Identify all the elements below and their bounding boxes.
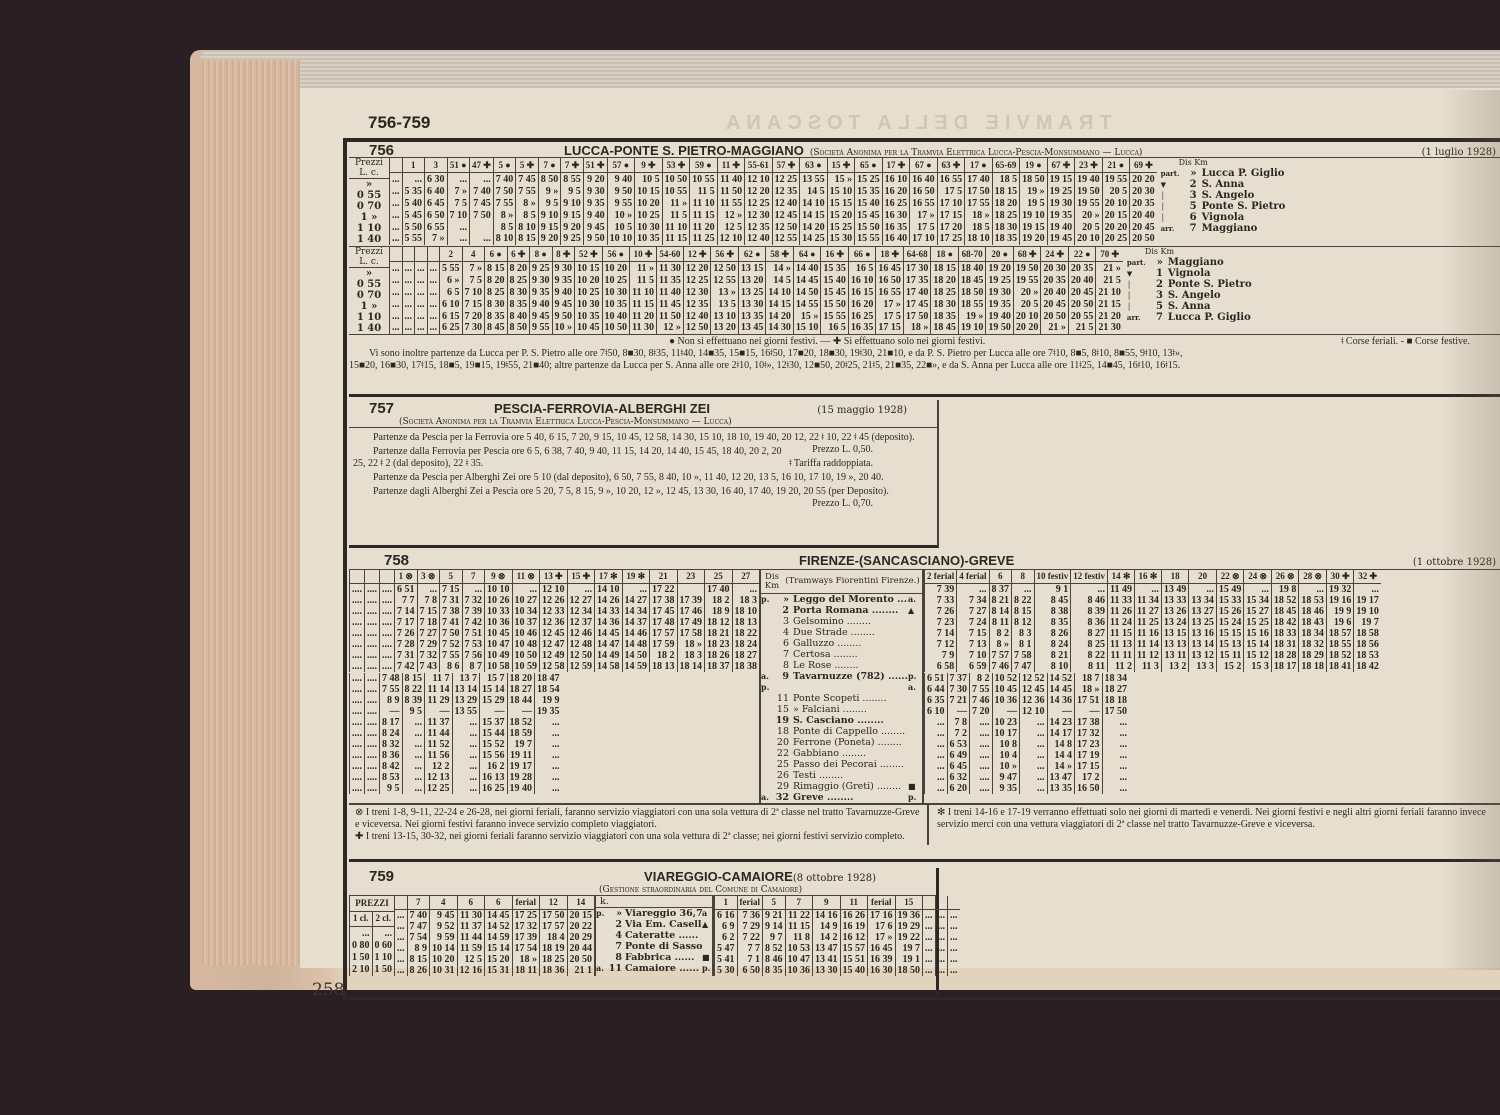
time-cell: 20 5: [1102, 185, 1130, 197]
direction-mark-right: [908, 693, 922, 704]
train-number: 3 ⊗: [417, 570, 440, 584]
note-trains-14-16: ✻ I treni 14-16 e 17-19 verranno effettu…: [929, 805, 1500, 845]
time-cell: 17 10: [910, 233, 938, 245]
time-cell: 8 35: [485, 310, 508, 322]
station-km: 9: [773, 671, 789, 693]
table-row: 6 357 217 4610 3612 3614 3617 5118 18: [925, 695, 1130, 706]
section-759: 759 VIAREGGIO-CAMAIORE (8 ottobre 1928) …: [349, 868, 1500, 1000]
time-cell: 12 40: [745, 233, 773, 245]
table-row: 6 167 369 2111 2214 1616 2617 1619 36...…: [715, 910, 960, 922]
train-number: 15 ✚: [827, 158, 855, 173]
table-row: 6 447 307 5510 4512 4514 4518 »18 27: [925, 684, 1130, 695]
table-row: 7 267 278 148 158 388 3911 2611 2713 261…: [925, 606, 1381, 617]
time-cell: 18 30: [931, 298, 959, 310]
time-cell: 8 9: [407, 943, 430, 954]
time-cell: 16 10: [848, 274, 876, 286]
time-cell: 18 33: [1271, 628, 1299, 639]
time-cell: 7 7: [395, 595, 418, 606]
time-cell: 14 45: [793, 274, 821, 286]
train-number: 17 ●: [965, 158, 993, 173]
station-name: Rimaggio (Greti) ........: [793, 781, 908, 792]
direction-mark-right: [908, 748, 922, 759]
time-cell: 7 8: [417, 595, 440, 606]
train-number: 21 ●: [1102, 158, 1130, 173]
time-cell: 8 »: [516, 197, 539, 209]
time-cell: 14 45: [595, 628, 623, 639]
time-cell: 18 5: [992, 173, 1020, 186]
time-cell: 17 2: [1075, 772, 1103, 783]
time-cell: 18 »: [512, 954, 540, 965]
time-cell: 15 27: [1244, 606, 1272, 617]
direction-mark: [761, 704, 773, 715]
time-cell: 8 35: [507, 298, 530, 310]
time-cell: 18 18: [1102, 695, 1129, 706]
station-row: 4Due Strade ........: [761, 627, 922, 638]
time-cell: 10 20: [575, 274, 603, 286]
direction-mark-right: [908, 726, 922, 737]
time-cell: 19 30: [986, 286, 1014, 298]
time-cell: 13 55: [800, 173, 828, 186]
station-km: 29: [773, 781, 789, 792]
time-cell: 17 30: [903, 262, 931, 275]
time-cell: ....: [350, 650, 365, 661]
time-cell: 8 35: [763, 965, 786, 976]
station-row: 15» Falciani ........: [761, 704, 922, 715]
train-number: 15 ✚: [567, 570, 595, 584]
time-cell: ....: [365, 661, 380, 672]
time-cell: ...: [948, 965, 960, 976]
price-header: Prezzi: [349, 247, 389, 257]
time-cell: 18 22: [732, 628, 759, 639]
time-cell: 17 57: [650, 628, 678, 639]
time-cell: 7 »: [462, 262, 485, 275]
time-cell: ....: [380, 661, 395, 672]
time-cell: 18 27: [507, 684, 535, 695]
train-number: 15: [895, 896, 923, 910]
time-cell: 11 50: [656, 310, 683, 322]
train-number: 52 ✚: [575, 247, 603, 262]
time-cell: 11 3: [1134, 661, 1161, 672]
time-cell: ...: [1299, 584, 1327, 596]
time-cell: ...: [1102, 750, 1129, 761]
time-cell: 8 17: [380, 717, 403, 728]
time-cell: 7 26: [925, 606, 957, 617]
time-cell: ...: [948, 921, 960, 932]
section-title: PESCIA-FERROVIA-ALBERGHI ZEI: [494, 401, 710, 416]
time-cell: 19 9: [1326, 606, 1354, 617]
time-cell: ...: [512, 584, 540, 596]
station-row: 8Le Rose ........: [761, 660, 922, 671]
time-cell: 15 7: [480, 673, 508, 684]
time-cell: 8 10: [493, 233, 516, 245]
time-cell: 7 26: [395, 628, 418, 639]
time-cell: 10 36: [785, 965, 813, 976]
time-cell: 19 35: [1047, 209, 1075, 221]
time-cell: ...: [935, 921, 948, 932]
train-number: 7 ✚: [561, 158, 584, 173]
time-cell: 11 52: [425, 739, 453, 750]
time-cell: 10 36: [992, 695, 1020, 706]
time-cell: 9 5: [380, 783, 403, 794]
time-cell: 13 15: [738, 262, 766, 275]
time-cell: 7 14: [395, 606, 418, 617]
direction-mark: [596, 919, 608, 930]
train-number: 6 ✚: [507, 247, 530, 262]
time-cell: 18 46: [1299, 606, 1327, 617]
time-cell: 11 »: [630, 262, 657, 275]
time-cell: 12 48: [567, 639, 595, 650]
time-cell: 11 16: [1134, 628, 1161, 639]
time-cell: 11 30: [457, 910, 485, 922]
time-cell: 18 53: [1354, 650, 1381, 661]
time-cell: 20 20: [1013, 322, 1041, 334]
time-cell: 7 »: [447, 185, 470, 197]
departure-paragraph: Partenze dagli Alberghi Zei a Pescia ore…: [353, 486, 933, 498]
time-cell: 19 55: [1075, 197, 1103, 209]
time-cell: ...: [402, 728, 425, 739]
time-cell: 14 59: [485, 932, 513, 943]
time-cell: 7 51: [462, 628, 485, 639]
time-cell: 13 11: [1161, 650, 1189, 661]
station-km: 3: [1183, 190, 1197, 201]
time-cell: 19 36: [895, 910, 923, 922]
table-row: ...5 406 457 57 457 558 »9 59 109 359 55…: [390, 197, 1157, 209]
time-cell: 9 20: [538, 233, 561, 245]
station-name: Leggo del Morento ........: [793, 594, 908, 605]
time-cell: 8 20: [507, 262, 530, 275]
train-number: 14 ✻: [1108, 570, 1135, 584]
time-cell: 20 22: [567, 921, 594, 932]
time-cell: 17 5: [937, 185, 965, 197]
direction-mark-right: [702, 930, 712, 941]
price-row: 1 501 10: [350, 952, 395, 964]
time-cell: ....: [365, 684, 380, 695]
timetable-756-up: 246 ●6 ✚8 ●8 ✚52 ✚56 ●10 ✚54-6012 ✚56 ✚6…: [389, 247, 1123, 334]
time-cell: 13 29: [452, 695, 480, 706]
direction-mark-right: ■: [908, 781, 922, 792]
time-cell: 18 4: [540, 932, 568, 943]
time-cell: 18 55: [958, 298, 986, 310]
time-cell: 9 50: [552, 310, 575, 322]
train-number: 67 ●: [910, 158, 938, 173]
direction-mark-right: a.: [908, 594, 922, 605]
time-cell: 11 29: [425, 695, 453, 706]
time-cell: 17 46: [677, 606, 705, 617]
time-cell: ....: [365, 584, 380, 596]
time-cell: 11 25: [1134, 617, 1161, 628]
table-row: ...6 20....9 35...13 3516 50...: [925, 783, 1130, 794]
header-row: 1351 ●47 ✚5 ●5 ✚7 ●7 ✚51 ✚57 ●9 ✚53 ✚59 …: [390, 158, 1157, 173]
station-row: 22Gabbiano ........: [761, 748, 922, 759]
time-cell: 13 49: [1161, 584, 1189, 596]
time-cell: 10 50: [512, 650, 540, 661]
time-cell: 19 28: [507, 772, 535, 783]
time-cell: 15 15: [1216, 628, 1244, 639]
time-cell: 7 13: [957, 639, 989, 650]
train-number: 10 ✚: [630, 247, 657, 262]
time-cell: 10 25: [635, 209, 663, 221]
time-cell: 14 49: [595, 650, 623, 661]
train-number: 11 ✚: [717, 158, 745, 173]
direction-mark-right: [908, 715, 922, 726]
direction-mark-right: a: [702, 908, 712, 919]
time-cell: 8 40: [507, 310, 530, 322]
price-row: ......: [350, 927, 395, 940]
time-cell: ...: [535, 739, 562, 750]
time-cell: ....: [365, 783, 380, 794]
table-row: 5 477 78 5210 5313 4715 5716 4519 7.....…: [715, 943, 960, 954]
time-cell: 17 5: [876, 310, 904, 322]
time-cell: 8 11: [1071, 661, 1108, 672]
time-cell: ...: [1012, 584, 1035, 596]
time-cell: ....: [350, 673, 365, 684]
direction-mark-right: [908, 627, 922, 638]
time-cell: 17 50: [540, 910, 568, 922]
time-cell: 11 13: [1108, 639, 1135, 650]
time-cell: ....: [350, 661, 365, 672]
time-cell: ...: [567, 584, 595, 596]
station-km: 5: [1149, 301, 1163, 312]
train-number: 9: [813, 896, 841, 910]
time-cell: 15 20: [827, 209, 855, 221]
station-row: 19S. Casciano ........: [761, 715, 922, 726]
time-cell: 19 »: [958, 310, 986, 322]
price-cell: ...: [372, 927, 394, 940]
time-cell: 7 50: [470, 209, 494, 221]
time-cell: 11 44: [457, 932, 485, 943]
time-cell: 20 45: [1068, 286, 1096, 298]
time-cell: 18 »: [903, 322, 931, 334]
time-cell: 18 53: [1299, 595, 1327, 606]
timetable-759-down: 7466ferial1214...7 409 4511 3014 4517 25…: [394, 896, 594, 976]
time-cell: 18 44: [507, 695, 535, 706]
time-cell: 18 47: [535, 673, 562, 684]
station-km: 6: [773, 638, 789, 649]
table-row: 6 517 378 210 5212 5214 5218 718 34: [925, 673, 1130, 684]
km-header: DisKm: [761, 573, 783, 591]
time-cell: 8 24: [380, 728, 403, 739]
time-cell: ....: [365, 639, 380, 650]
train-number: 66 ●: [848, 247, 876, 262]
timetable-758-up-south: 6 517 378 210 5212 5214 5218 718 346 447…: [924, 673, 1129, 794]
time-cell: ....: [350, 706, 365, 717]
train-number: 57 ✚: [772, 158, 800, 173]
time-cell: 14 9: [813, 921, 841, 932]
time-cell: ...: [390, 197, 403, 209]
time-cell: 19 20: [986, 262, 1014, 275]
time-cell: 15 25: [1244, 617, 1272, 628]
time-cell: 17 32: [512, 921, 540, 932]
time-cell: ...: [923, 943, 936, 954]
direction-label: arr.: [1161, 223, 1183, 234]
train-number: 5 ✚: [516, 158, 539, 173]
time-cell: 5 55: [402, 233, 425, 245]
time-cell: 14 40: [793, 262, 821, 275]
time-cell: 17 58: [677, 628, 705, 639]
time-cell: 12 »: [656, 322, 683, 334]
time-cell: 9 52: [430, 921, 458, 932]
time-cell: ...: [390, 298, 403, 310]
direction-mark-right: [908, 737, 922, 748]
time-cell: 18 20: [992, 197, 1020, 209]
time-cell: 18 20: [507, 673, 535, 684]
price-cell: 1 50: [372, 964, 394, 976]
train-number: 57 ●: [607, 158, 635, 173]
time-cell: 9 15: [538, 221, 561, 233]
time-cell: 20 45: [1041, 298, 1069, 310]
time-cell: 9 45: [430, 910, 458, 922]
table-row: ............7 427 438 68 710 5810 5912 5…: [350, 661, 760, 672]
time-cell: 7 52: [440, 639, 463, 650]
time-cell: 14 33: [595, 606, 623, 617]
time-cell: ...: [925, 761, 948, 772]
km-header: k.: [596, 896, 712, 908]
time-cell: 20 20: [1130, 173, 1157, 186]
time-cell: 15 44: [480, 728, 508, 739]
time-cell: ....: [350, 595, 365, 606]
station-row: arr.7Maggiano: [1161, 223, 1312, 234]
time-cell: 17 25: [937, 233, 965, 245]
train-number: 25: [705, 570, 733, 584]
time-cell: ...: [1102, 772, 1129, 783]
train-number: 47 ✚: [470, 158, 494, 173]
time-cell: 7 37: [947, 673, 970, 684]
time-cell: 19 15: [1047, 173, 1075, 186]
price-header-unit: L. c.: [349, 257, 389, 268]
time-cell: 7 50: [440, 628, 463, 639]
time-cell: 10 30: [602, 286, 630, 298]
time-cell: 18 10: [965, 233, 993, 245]
time-cell: 12 13: [425, 772, 453, 783]
time-cell: 19 »: [1020, 185, 1048, 197]
time-cell: 15 50: [821, 298, 849, 310]
time-cell: 12 35: [683, 298, 711, 310]
time-cell: 10 47: [485, 639, 513, 650]
price-row: 0 800 60: [350, 939, 395, 951]
time-cell: ....: [380, 606, 395, 617]
time-cell: ....: [350, 772, 365, 783]
time-cell: 16 25: [882, 197, 910, 209]
time-cell: 11 55: [717, 197, 745, 209]
time-cell: ....: [350, 639, 365, 650]
time-cell: 19 16: [1326, 595, 1354, 606]
station-km: 15: [773, 704, 789, 715]
price-note: ǂ Tariffa raddoppiata.: [769, 458, 873, 470]
time-cell: 12 37: [567, 617, 595, 628]
time-cell: 8 25: [1071, 639, 1108, 650]
time-cell: 13 45: [738, 322, 766, 334]
time-cell: 19 50: [986, 322, 1014, 334]
time-cell: 8 25: [485, 286, 508, 298]
time-cell: 8 2: [989, 628, 1012, 639]
time-cell: ...: [1102, 739, 1129, 750]
time-cell: 16 39: [868, 954, 896, 965]
note-trains-1-8: ⊗ I treni 1-8, 9-11, 22-24 e 26-28, nei …: [355, 807, 921, 831]
time-cell: 15 56: [480, 750, 508, 761]
time-cell: 16 20: [882, 185, 910, 197]
time-cell: 7 27: [417, 628, 440, 639]
table-row: ............6 107 158 308 359 409 4510 3…: [390, 298, 1123, 310]
time-cell: 10 14: [430, 943, 458, 954]
time-cell: 15 24: [1216, 617, 1244, 628]
time-cell: 17 48: [650, 617, 678, 628]
table-row: ........8 53...12 13...16 1319 28...: [350, 772, 562, 783]
time-cell: ...: [935, 965, 948, 976]
time-cell: 20 50: [567, 954, 594, 965]
time-cell: 11 »: [662, 197, 690, 209]
train-number: 55-61: [745, 158, 773, 173]
price-header: Prezzi: [349, 158, 389, 168]
time-cell: 6 35: [925, 695, 948, 706]
time-cell: 17 50: [1102, 706, 1129, 717]
station-km: 7: [1149, 312, 1163, 323]
time-cell: 10 20: [430, 954, 458, 965]
time-cell: 19 50: [1075, 185, 1103, 197]
direction-mark: p.: [761, 594, 773, 605]
time-cell: 9 20: [583, 173, 607, 186]
time-cell: 20 10: [1075, 233, 1103, 245]
time-cell: 10 5: [607, 221, 635, 233]
time-cell: 8 15: [402, 673, 425, 684]
running-head: 756-759: [368, 113, 430, 133]
time-cell: 6 20: [947, 783, 970, 794]
time-cell: ...: [415, 298, 428, 310]
time-cell: 17 50: [965, 185, 993, 197]
time-cell: 12 25: [745, 197, 773, 209]
time-cell: 15 40: [840, 965, 868, 976]
time-cell: 7 15: [417, 606, 440, 617]
time-cell: 13 41: [813, 954, 841, 965]
train-number: 6: [457, 896, 485, 910]
table-row: 7 97 107 577 588 218 2211 1111 1213 1113…: [925, 650, 1381, 661]
time-cell: 7 41: [440, 617, 463, 628]
time-cell: 17 39: [512, 932, 540, 943]
time-cell: 7 40: [493, 173, 516, 186]
time-cell: 12 50: [567, 650, 595, 661]
time-cell: 6 55: [425, 221, 448, 233]
time-cell: 10 40: [602, 310, 630, 322]
time-cell: 7 45: [516, 173, 539, 186]
time-cell: ....: [350, 606, 365, 617]
train-number: 65 ●: [855, 158, 883, 173]
time-cell: 15 14: [1244, 639, 1272, 650]
price-cell: 2 10: [350, 964, 373, 976]
station-name: S. Anna: [1202, 179, 1245, 190]
time-cell: ...: [1020, 761, 1048, 772]
train-number: 12: [540, 896, 568, 910]
time-cell: 9 55: [607, 197, 635, 209]
time-cell: 15 15: [827, 197, 855, 209]
time-cell: ...: [452, 783, 480, 794]
time-cell: 17 45: [650, 606, 678, 617]
table-row: ........8 17...11 37...15 3718 52...: [350, 717, 562, 728]
time-cell: 15 35: [855, 185, 883, 197]
time-cell: 16 50: [876, 274, 904, 286]
time-cell: ...: [935, 910, 948, 922]
time-cell: 19 11: [507, 750, 535, 761]
time-cell: 8 1: [1012, 639, 1035, 650]
time-cell: ...: [452, 739, 480, 750]
header-row: 1ferial57911ferial15: [715, 896, 960, 910]
train-number: 30 ✚: [1326, 570, 1354, 584]
time-cell: 11 12: [1134, 650, 1161, 661]
time-cell: ...: [925, 717, 948, 728]
station-name: Galluzzo ........: [793, 638, 908, 649]
time-cell: ....: [365, 695, 380, 706]
time-cell: 20 50: [1068, 298, 1096, 310]
time-cell: 6 50: [737, 965, 763, 976]
time-cell: 12 20: [745, 185, 773, 197]
